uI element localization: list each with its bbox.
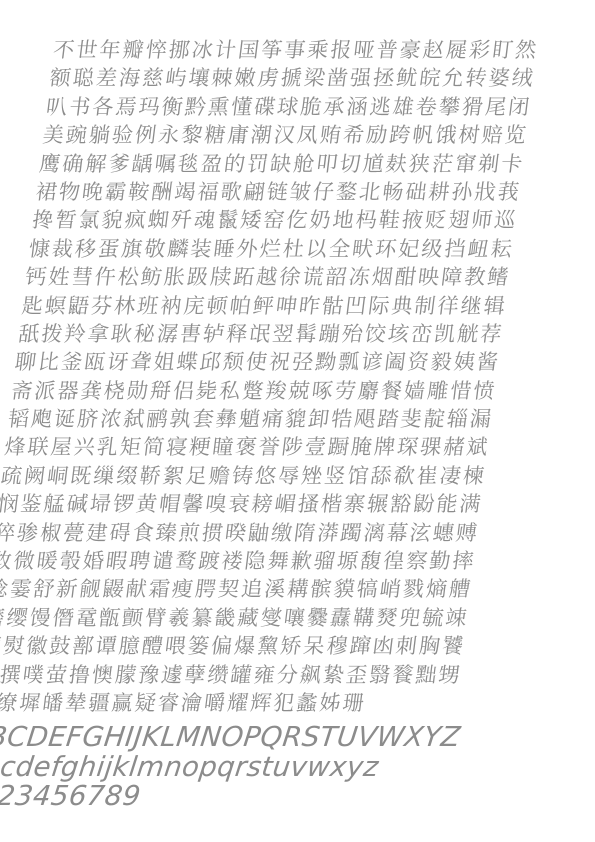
- font-specimen-page: 不世年瓣悴挪冰计国筝事乘报哑普豪赵屣彩盯然 额聪差海慈屿壤棘嫩虏搋梁凿强拯鱿皖允…: [0, 0, 595, 842]
- digits-line: 0123456789: [0, 782, 455, 812]
- hanzi-line: 烽联屋兴乳矩简寝粳瞳褒誉陟壹蹰腌牌琛骒赭斌: [3, 433, 498, 461]
- specimen-text-block: 不世年瓣悴挪冰计国筝事乘报哑普豪赵屣彩盯然 额聪差海慈屿壤棘嫩虏搋梁凿强拯鱿皖允…: [0, 36, 546, 812]
- hanzi-line: 聊比釜瓯讶聋姐蝶邱颓使祝弪黝瓢谚阖资毅姨酱: [13, 348, 508, 376]
- hanzi-line: 叭书各焉玛衡黔熏懂碟球脆承涵逃雄卷攀猾尾闭: [45, 93, 540, 121]
- hanzi-line: 麾熨徽鼓鄯谭臆醴喂篓偏爆黧矫呆穆蹿凼刺胸饕: [0, 632, 473, 660]
- hanzi-line: 慷裁移蛋旗敬麟装睡外烂杜以全畎环妃级挡衄耘: [27, 235, 522, 263]
- hanzi-line: 骜撰噗萤撸懊朦豫遽孽缵罐雍分飙絷歪翳餮黜甥: [0, 661, 470, 689]
- hanzi-line: 钙姓彗仵松鲂胀趿牍跖越徐谎韶冻烟酣映障教鳍: [24, 263, 519, 291]
- hanzi-line: 疏阙峒既缫缀鞒絮足赡铸悠辱矬竖馆舔欷崔凄楝: [0, 462, 494, 490]
- hanzi-line: 鹰确解爹龋嘱毯盈的罚缺舱叩切馗麸狭茫窜剃卡: [38, 150, 533, 178]
- hanzi-line: 裙物晚霸鞍酬竭福歌翩链皱仔鍪北畅础耕孙戕莪: [34, 178, 529, 206]
- hanzi-specimen-block: 不世年瓣悴挪冰计国筝事乘报哑普豪赵屣彩盯然 额聪差海慈屿壤棘嫩虏搋梁凿强拯鱿皖允…: [0, 36, 546, 717]
- hanzi-line: 稔霎舒新觎鼹献霜瘦腭契追溪耩髌貘犒峭戮熵艚: [0, 575, 480, 603]
- hanzi-line: 不世年瓣悴挪冰计国筝事乘报哑普豪赵屣彩盯然: [52, 36, 547, 64]
- hanzi-line: 悯鉴艋碱埽锣黄帽馨嗅衰耪嵋搔楷寨辗豁鼢能满: [0, 490, 491, 518]
- latin-specimen-block: ABCDEFGHIJKLMNOPQRSTUVWXYZ abcdefghijklm…: [0, 723, 462, 812]
- hanzi-line: 匙螟鼯芬林班衲庑顿帕鲆呻昨骷凹际典制徉继辑: [20, 292, 515, 320]
- hanzi-line: 搀暂氯貌疯蜘歼魂鬣矮窑仡奶地杩鞋掖贬翅师巡: [31, 206, 526, 234]
- hanzi-line: 猝骖椒甍建碍食臻煎掼暌鼬缴隋漭躅漓幕泫蟪赙: [0, 519, 487, 547]
- hanzi-line: 美豌躺验例永黎糖庸潮汉凤贿希励跨帆饿树赔览: [41, 121, 536, 149]
- hanzi-line: 韬飑诞脐浓弑鹂孰套彝魈痛貔卸牿飓踏斐靛辎漏: [6, 405, 501, 433]
- hanzi-line: 斋派器龚桡勋搿侣毙私蹩羧兢啄劳麝餐嫱雕惜愤: [10, 377, 505, 405]
- hanzi-line: 舐拨羚拿耿秘潺軎轳释氓翌髯蹦殆饺垓峦凯觥荐: [17, 320, 512, 348]
- hanzi-line: 磨缨馒僭鼋甑颤臂羲纂畿藏燮嚷爨纛鞲燹兜毓竦: [0, 604, 477, 632]
- hanzi-line: 敢微暖彀婚暇聘谴鹜踱褛隐舞歉骝塬馥徨察勤摔: [0, 547, 484, 575]
- latin-lowercase-line: abcdefghijklmnopqrstuvwxyz: [0, 753, 458, 783]
- latin-uppercase-line: ABCDEFGHIJKLMNOPQRSTUVWXYZ: [0, 723, 462, 753]
- hanzi-line: 否缭墀皤辇疆赢疑睿瀹嚼耀辉犯蠡姊珊: [0, 689, 466, 717]
- hanzi-line: 额聪差海慈屿壤棘嫩虏搋梁凿强拯鱿皖允转婆绒: [48, 64, 543, 92]
